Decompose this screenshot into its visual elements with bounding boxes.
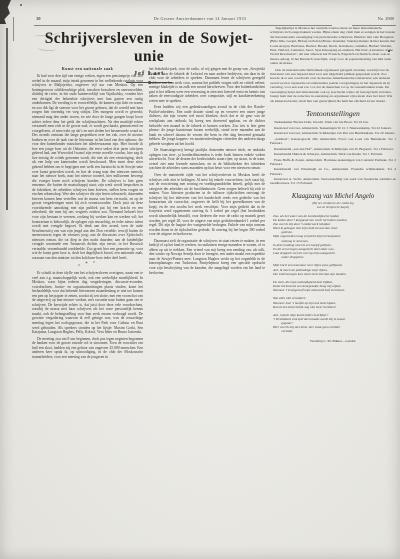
right-column: Tegelijkertijd is Moskou het centrum waa… (270, 26, 396, 343)
exhibition-item: Kunstzaal van Lier, Amsterdam. Teekening… (270, 126, 396, 130)
poem-subtitle: (Bij het schilderen der zoldering van de… (270, 202, 396, 210)
paragraph: De meeting zou om 8 uur beginnen, doch p… (32, 337, 143, 360)
newspaper-page: 10 De Groene Amsterdammer van 14 Januari… (0, 0, 400, 559)
poem-stanza: Zoo, als het water van de Lombardijnsche… (270, 214, 396, 260)
exhibitions-list: Teekenkamer Bij den Dom, Utrecht. Werk v… (270, 120, 396, 185)
exhibitions-heading: Tentoonstellingen (270, 112, 396, 116)
poem-heading: Klaagzang van Michel Angelo (270, 195, 396, 199)
scan-margin-line-artifact (6, 28, 8, 210)
column-2: het Sokolniki-park, voor de radio, of wi… (149, 67, 265, 361)
paragraph: De Staatsuitgeverij brengt jaarlijks dui… (149, 148, 265, 171)
poem-stanzas: Zoo, als het water van de Lombardijnsche… (270, 214, 396, 334)
exhibition-item: Kunsthandel Huinck & Scherjon, Amsterdam… (270, 152, 396, 156)
exhibition-item: Teekenkamer Bij den Dom, Utrecht. Werk v… (270, 120, 396, 124)
exhibition-item: Kunsthandel „aan den Hof”, Amsterdam. Sc… (270, 147, 396, 151)
paragraph: Er schuilt in deze idylle van het schrij… (32, 271, 143, 335)
exhibition-item: „Addison”, Keizersgracht 260, Amsterdam.… (270, 137, 396, 145)
page-number: 10 (36, 16, 41, 21)
poem-stanza: De stem, die mijn onhandigheid doet blij… (270, 280, 396, 292)
poem-stanza: Ach, ruischt mijn kunst elders heerlijke… (270, 313, 396, 334)
poem-stanza: Mijn borst een lessenaar voor mijne pens… (270, 263, 396, 275)
paragraph: Tegelijkertijd is Moskou het centrum waa… (270, 26, 396, 66)
column-1-paragraphs: Ik had voor den tijd van eenige weken, t… (32, 74, 143, 260)
exhibition-item: Kunstzaal van Lier, Amsterdam. Schilderi… (270, 131, 396, 135)
section-kicker: Kunst een nationale zaak (32, 67, 143, 72)
paragraph: Daarnaast stelt de organisatie de schrij… (149, 239, 265, 275)
paragraph: Over de materieele zijde van het schrijv… (149, 173, 265, 237)
exhibition-item: Kunstzaal A. Vecht, Amsterdam. Tentoonst… (270, 177, 396, 185)
paragraph: Eens hadden wij een gedenkwaardigen avon… (149, 105, 265, 146)
poem-stanza: Wat alles niet verandert: Wanneer men 's… (270, 296, 396, 308)
column-1: Kunst een nationale zaak Ik had voor den… (32, 67, 143, 361)
paper-speck (20, 4, 22, 6)
right-column-intro: Tegelijkertijd is Moskou het centrum waa… (270, 26, 396, 103)
exhibition-item: Frans Buffa & Zonen, Amsterdam. Houtsnee… (270, 158, 396, 166)
issue-number: No. 2900 (378, 16, 394, 21)
masthead: De Groene Amsterdammer van 14 Januari 19… (60, 16, 340, 21)
column-1-paragraphs-after: Er schuilt in deze idylle van het schrij… (32, 271, 143, 359)
translator-credit: Vertaling C. M. Bikker—Landré. (270, 339, 396, 343)
exhibition-item: Kunsthandel van Wisselingh en Co., Amste… (270, 167, 396, 175)
article-body: Kunst een nationale zaak Ik had voor den… (32, 67, 265, 361)
article-title: Schrijversleven in de Sowjet-unie (30, 30, 268, 66)
paragraph: Ik had voor den tijd van eenige weken, t… (32, 74, 143, 260)
section-separator: „ * ” (32, 263, 143, 268)
paragraph: Ook de internationale bibliotheek organi… (270, 68, 396, 103)
column-2-paragraphs: het Sokolniki-park, voor de radio, of wi… (149, 67, 265, 275)
paragraph: het Sokolniki-park, voor de radio, of wi… (149, 67, 265, 103)
